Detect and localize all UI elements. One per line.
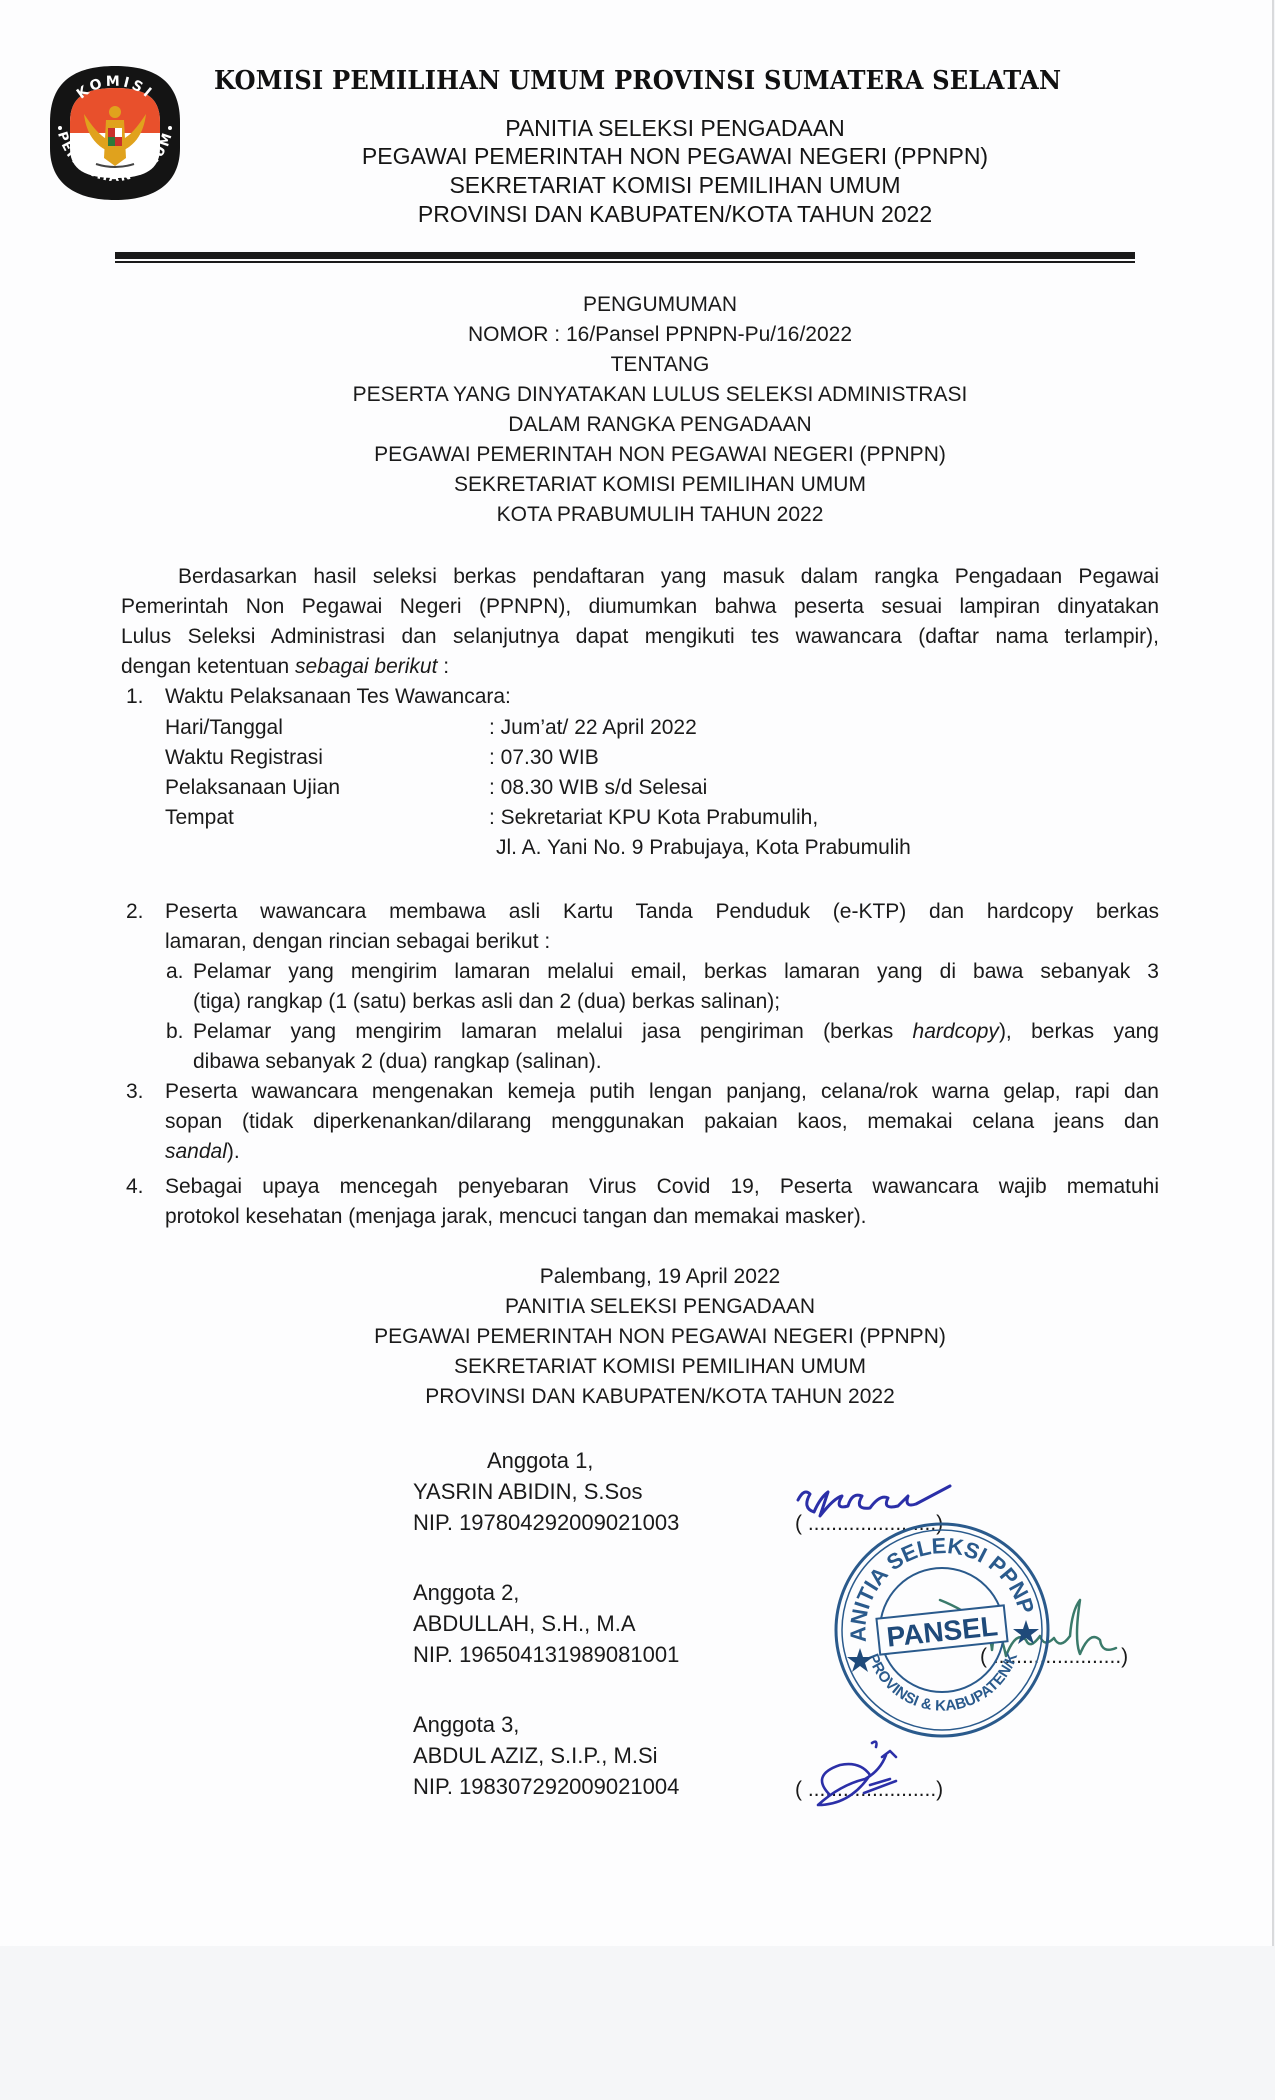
schedule-value-registration: : 07.30 WIB [489, 746, 599, 770]
signatory-name: YASRIN ABIDIN, S.Sos [413, 1479, 642, 1505]
signatory-name: ABDUL AZIZ, S.I.P., M.Si [413, 1743, 658, 1769]
item1-title: Waktu Pelaksanaan Tes Wawancara: [165, 685, 511, 709]
list-number: 1. [126, 685, 144, 709]
letterhead-divider [115, 252, 1135, 259]
schedule-value-date: : Jum’at/ 22 April 2022 [489, 716, 697, 740]
item3-line: sopan (tidak diperkenankan/dilarang meng… [165, 1110, 1159, 1134]
announcement-number: NOMOR : 16/Pansel PPNPN-Pu/16/2022 [180, 323, 1140, 347]
schedule-value-exam: : 08.30 WIB s/d Selesai [489, 776, 707, 800]
item2b-line: Pelamar yang mengirim lamaran melalui ja… [193, 1020, 1159, 1044]
committee-name: PEGAWAI PEMERINTAH NON PEGAWAI NEGERI (P… [180, 1325, 1140, 1349]
signatory-role: Anggota 2, [413, 1580, 519, 1606]
institution-title: KOMISI PEMILIHAN UMUM PROVINSI SUMATERA … [214, 66, 1061, 96]
announcement-about: TENTANG [180, 353, 1140, 377]
signature-abdul-aziz-icon [810, 1735, 920, 1810]
letterhead-subline: SEKRETARIAT KOMISI PEMILIHAN UMUM [300, 172, 1050, 199]
announcement-heading: PENGUMUMAN [180, 293, 1140, 317]
place-date: Palembang, 19 April 2022 [180, 1265, 1140, 1289]
letterhead-subline: PROVINSI DAN KABUPATEN/KOTA TAHUN 2022 [300, 201, 1050, 228]
item4-line: protokol kesehatan (menjaga jarak, mencu… [165, 1205, 1159, 1229]
item3-line: Peserta wawancara mengenakan kemeja puti… [165, 1080, 1159, 1104]
announcement-subject: PESERTA YANG DINYATAKAN LULUS SELEKSI AD… [180, 383, 1140, 407]
schedule-label: Tempat [165, 806, 234, 830]
intro-paragraph-line: Berdasarkan hasil seleksi berkas pendaft… [178, 565, 1159, 589]
committee-name: PANITIA SELEKSI PENGADAAN [180, 1295, 1140, 1319]
sub-item-letter: a. [166, 960, 184, 984]
announcement-subject: DALAM RANGKA PENGADAAN [180, 413, 1140, 437]
list-number: 2. [126, 900, 144, 924]
signatory-nip: NIP. 198307292009021004 [413, 1774, 679, 1800]
committee-name: SEKRETARIAT KOMISI PEMILIHAN UMUM [180, 1355, 1140, 1379]
signatory-role: Anggota 3, [413, 1712, 519, 1738]
signatory-nip: NIP. 196504131989081001 [413, 1642, 679, 1668]
intro-paragraph-line: Lulus Seleksi Administrasi dan selanjutn… [121, 625, 1159, 649]
item2a-line: Pelamar yang mengirim lamaran melalui em… [193, 960, 1159, 984]
announcement-subject: SEKRETARIAT KOMISI PEMILIHAN UMUM [180, 473, 1140, 497]
schedule-label: Pelaksanaan Ujian [165, 776, 340, 800]
intro-paragraph-line: dengan ketentuan sebagai berikut : [121, 655, 1159, 679]
sub-item-letter: b. [166, 1020, 184, 1044]
item2a-line: (tiga) rangkap (1 (satu) berkas asli dan… [193, 990, 1159, 1014]
schedule-value-address: Jl. A. Yani No. 9 Prabujaya, Kota Prabum… [496, 836, 911, 860]
item2-line: lamaran, dengan rincian sebagai berikut … [165, 930, 1159, 954]
item2b-line: dibawa sebanyak 2 (dua) rangkap (salinan… [193, 1050, 1159, 1074]
committee-name: PROVINSI DAN KABUPATEN/KOTA TAHUN 2022 [180, 1385, 1140, 1409]
letterhead-subline: PEGAWAI PEMERINTAH NON PEGAWAI NEGERI (P… [300, 143, 1050, 170]
schedule-value-place: : Sekretariat KPU Kota Prabumulih, [489, 806, 818, 830]
announcement-subject: KOTA PRABUMULIH TAHUN 2022 [180, 503, 1140, 527]
letterhead-divider-thin [115, 261, 1135, 263]
list-number: 3. [126, 1080, 144, 1104]
item2-line: Peserta wawancara membawa asli Kartu Tan… [165, 900, 1159, 924]
kpu-logo-icon: KOMISI PEMILIHAN UMUM [46, 62, 184, 204]
announcement-subject: PEGAWAI PEMERINTAH NON PEGAWAI NEGERI (P… [180, 443, 1140, 467]
document-page: KOMISI PEMILIHAN UMUM KOMISI PEMILIHAN U… [0, 0, 1274, 1946]
signatory-nip: NIP. 197804292009021003 [413, 1510, 679, 1536]
signatory-role: Anggota 1, [487, 1448, 593, 1474]
schedule-label: Hari/Tanggal [165, 716, 283, 740]
intro-paragraph-line: Pemerintah Non Pegawai Negeri (PPNPN), d… [121, 595, 1159, 619]
item3-line: sandal). [165, 1140, 1159, 1164]
list-number: 4. [126, 1175, 144, 1199]
signatory-name: ABDULLAH, S.H., M.A [413, 1611, 636, 1637]
letterhead-subline: PANITIA SELEKSI PENGADAAN [300, 115, 1050, 142]
schedule-label: Waktu Registrasi [165, 746, 323, 770]
item4-line: Sebagai upaya mencegah penyebaran Virus … [165, 1175, 1159, 1199]
pansel-stamp-icon: PANITIA SELEKSI PPNPN KPU PROVINSI & KAB… [832, 1520, 1052, 1740]
